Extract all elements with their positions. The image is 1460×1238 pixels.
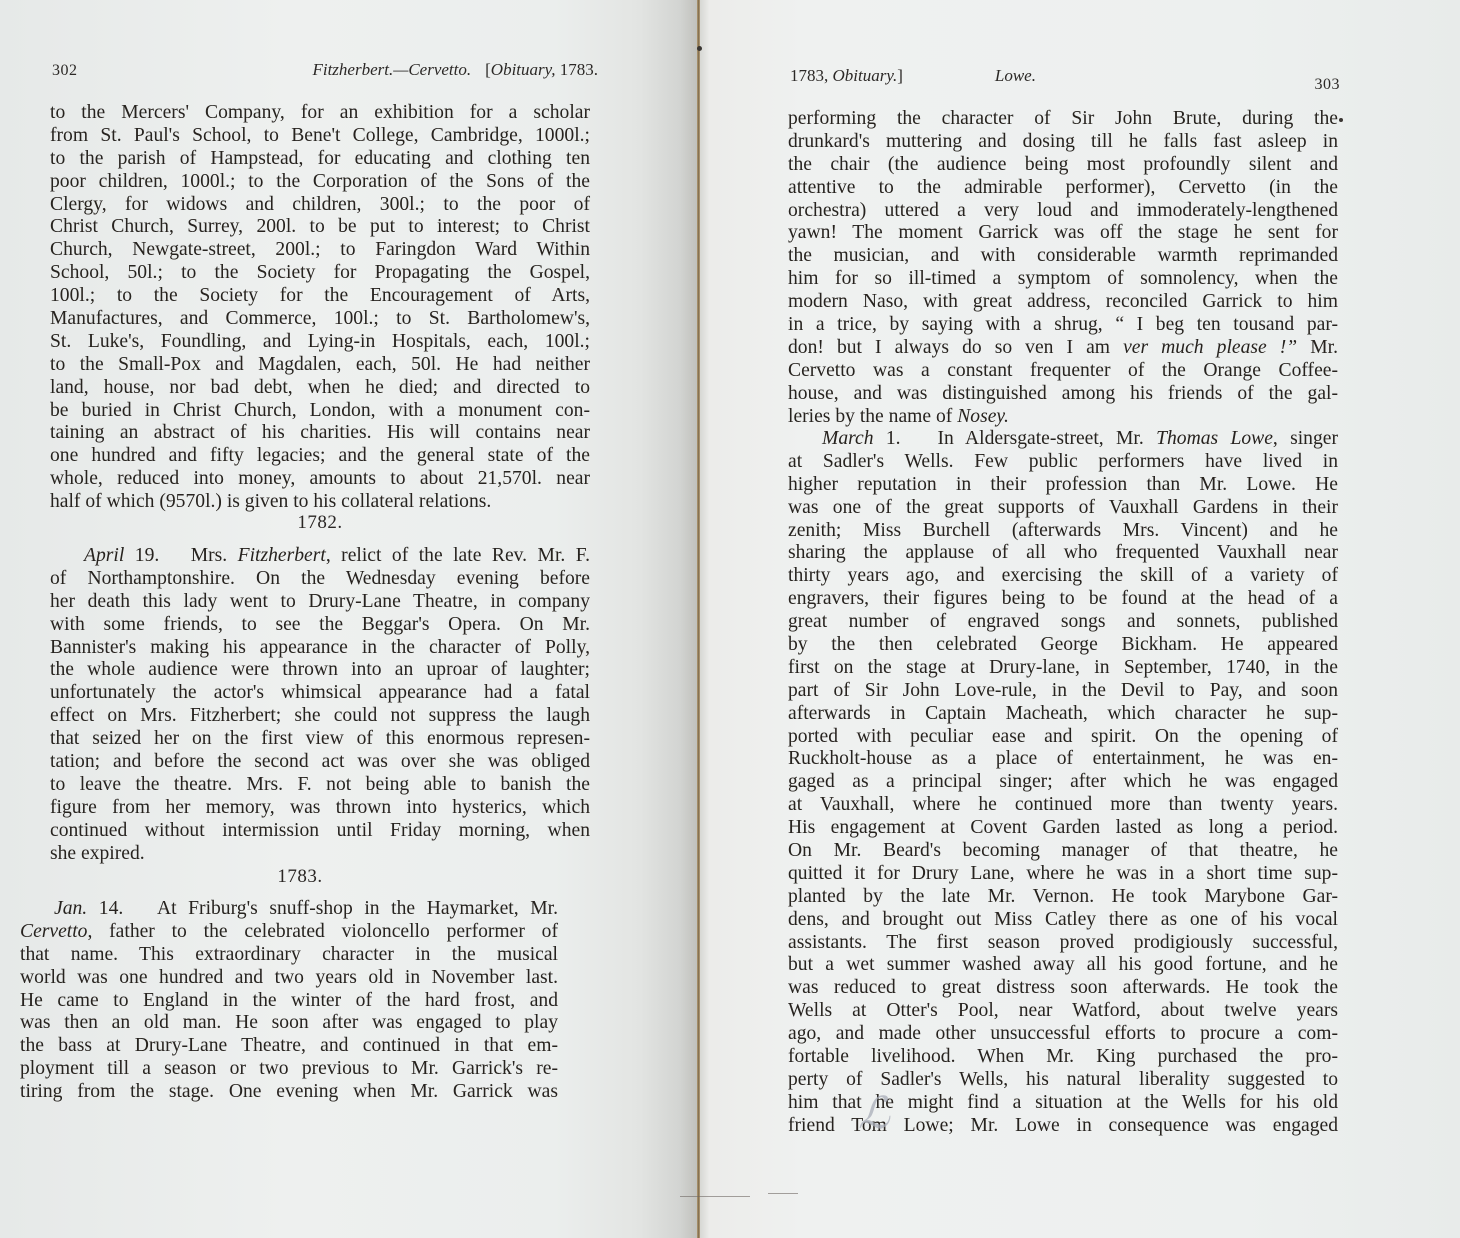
text-line: figure from her memory, was thrown into … [50, 797, 590, 820]
text-line: assistants. The first season proved prod… [788, 932, 1338, 955]
right-block-cervetto-cont: performing the character of Sir John Bru… [788, 108, 1338, 428]
text-line: to the Small-Pox and Magdalen, each, 50l… [50, 354, 590, 377]
page-number: 303 [1315, 76, 1341, 94]
year-heading-1783: 1783. [20, 866, 580, 888]
nickname: Nosey. [957, 406, 1009, 427]
text-line: Christ Church, Surrey, 200l. to be put t… [50, 216, 590, 239]
text-line: His engagement at Covent Garden lasted a… [788, 817, 1338, 840]
text-line: tation; and before the second act was ov… [50, 751, 590, 774]
entry-first-line: March 1. In Aldersgate-street, Mr. Thoma… [788, 428, 1338, 451]
entry-name: Cervetto [20, 921, 87, 942]
text-line: continued without intermission until Fri… [50, 820, 590, 843]
quote-line: don! but I always do so ven I am ver muc… [788, 337, 1338, 360]
text-line: yawn! The moment Garrick was off the sta… [788, 222, 1338, 245]
text-line: Bannister's making his appearance in the… [50, 637, 590, 660]
text-line: thirty years ago, and exercising the ski… [788, 565, 1338, 588]
text-line: modern Naso, with great address, reconci… [788, 291, 1338, 314]
text-line: was then an old man. He soon after was e… [20, 1012, 558, 1035]
text-line: at Vauxhall, where he continued more tha… [788, 794, 1338, 817]
text-line: she expired. [50, 843, 590, 866]
entry-name: Thomas Lowe [1156, 428, 1273, 449]
book-spread: 302 Fitzherbert.—Cervetto. [Obituary, 17… [0, 0, 1460, 1238]
text-line: to the Mercers' Company, for an exhibiti… [50, 102, 590, 125]
entry-cervetto: Jan. 14. At Friburg's snuff-shop in the … [20, 898, 558, 1104]
text-line: that name. This extraordinary character … [20, 944, 558, 967]
text-line: from St. Paul's School, to Bene't Colleg… [50, 125, 590, 148]
left-block-bequests: to the Mercers' Company, for an exhibiti… [50, 102, 590, 514]
year-heading-1782: 1782. [50, 512, 590, 534]
text-line: attentive to the admirable performer), C… [788, 177, 1338, 200]
text-line: engravers, their figures being to be fou… [788, 588, 1338, 611]
text-line: fortable livelihood. When Mr. King purch… [788, 1046, 1338, 1069]
entry-first-line: Jan. 14. At Friburg's snuff-shop in the … [20, 898, 558, 921]
text-line: Wells at Otter's Pool, near Watford, abo… [788, 1000, 1338, 1023]
text-line: performing the character of Sir John Bru… [788, 108, 1338, 131]
text-line: house, and was distinguished among his f… [788, 383, 1338, 406]
text-line: first on the stage at Drury-lane, in Sep… [788, 657, 1338, 680]
entry-name: Fitzherbert [238, 545, 326, 566]
text-line: zenith; Miss Burchell (afterwards Mrs. V… [788, 520, 1338, 543]
right-page: 1783, Obituary.] Lowe. 303 performing th… [700, 0, 1460, 1238]
entry-date: Jan. [54, 898, 87, 919]
text-line: On Mr. Beard's becoming manager of that … [788, 840, 1338, 863]
text-line: ago, and made other unsuccessful efforts… [788, 1023, 1338, 1046]
left-running-head: 302 Fitzherbert.—Cervetto. [Obituary, 17… [52, 60, 598, 80]
text-line: by the then celebrated George Bickham. H… [788, 634, 1338, 657]
text-line: Manufactures, and Commerce, 100l.; to St… [50, 308, 590, 331]
running-title: Fitzherbert.—Cervetto. [312, 60, 471, 79]
entry-fitzherbert: April 19. Mrs. Fitzherbert, relict of th… [50, 545, 590, 865]
text-line: He came to England in the winter of the … [20, 990, 558, 1013]
pencil-mark [768, 1193, 798, 1194]
text-line: dens, and brought out Miss Catley there … [788, 909, 1338, 932]
binding-hole [697, 46, 702, 51]
text-line: orchestra) uttered a very loud and immod… [788, 200, 1338, 223]
text-line: the chair (the audience being most profo… [788, 154, 1338, 177]
text-line: 100l.; to the Society for the Encouragem… [50, 285, 590, 308]
text-line: the musician, and with considerable warm… [788, 245, 1338, 268]
entry-first-line: April 19. Mrs. Fitzherbert, relict of th… [50, 545, 590, 568]
entry-date: April [84, 545, 124, 566]
ink-spot [1339, 118, 1343, 122]
page-number: 302 [52, 62, 78, 80]
text-line: higher reputation in their profession th… [788, 474, 1338, 497]
library-stamp-icon: ℒ [858, 1088, 908, 1132]
right-running-head: 1783, Obituary.] Lowe. 303 [790, 66, 1340, 86]
text-line: the whole audience were thrown into an u… [50, 659, 590, 682]
entry-date: March [822, 428, 874, 449]
text-line: taining an abstract of his charities. Hi… [50, 422, 590, 445]
text-line: tiring from the stage. One evening when … [20, 1081, 558, 1104]
text-line: with some friends, to see the Beggar's O… [50, 614, 590, 637]
text-line: at Sadler's Wells. Few public performers… [788, 451, 1338, 474]
text-line: was reduced to great distress soon after… [788, 977, 1338, 1000]
text-line: be buried in Christ Church, London, with… [50, 400, 590, 423]
text-line: ported with peculiar ease and spirit. On… [788, 726, 1338, 749]
text-line: unfortunately the actor's whimsical appe… [50, 682, 590, 705]
text-line: great number of engraved songs and sonne… [788, 611, 1338, 634]
nickname-line: leries by the name of Nosey. [788, 406, 1338, 429]
text-line: Clergy, for widows and children, 300l.; … [50, 194, 590, 217]
text-line: planted by the late Mr. Vernon. He took … [788, 886, 1338, 909]
text-line: world was one hundred and two years old … [20, 967, 558, 990]
text-line: sharing the applause of all who frequent… [788, 542, 1338, 565]
text-line: poor children, 1000l.; to the Corporatio… [50, 171, 590, 194]
text-line: the bass at Drury-Lane Theatre, and cont… [20, 1035, 558, 1058]
running-title: Lowe. [995, 66, 1036, 85]
text-line: in a trice, by saying with a shrug, “ I … [788, 314, 1338, 337]
running-section: 1783, Obituary.] [790, 66, 903, 86]
text-line: effect on Mrs. Fitzherbert; she could no… [50, 705, 590, 728]
text-line: him for so ill-timed a symptom of somnol… [788, 268, 1338, 291]
running-section: [Obituary, 1783. [485, 60, 598, 80]
text-line: to leave the theatre. Mrs. F. not being … [50, 774, 590, 797]
text-line: Church, Newgate-street, 200l.; to Faring… [50, 239, 590, 262]
text-line: School, 50l.; to the Society for Propaga… [50, 262, 590, 285]
text-line: but a wet summer washed away all his goo… [788, 954, 1338, 977]
text-line: St. Luke's, Foundling, and Lying-in Hosp… [50, 331, 590, 354]
text-line: Cervetto was a constant frequenter of th… [788, 360, 1338, 383]
text-line: drunkard's muttering and dosing till he … [788, 131, 1338, 154]
text-line: one hundred and fifty legacies; and the … [50, 445, 590, 468]
text-line: whole, reduced into money, amounts to ab… [50, 468, 590, 491]
text-line: ployment till a season or two previous t… [20, 1058, 558, 1081]
text-line: that seized her on the first view of thi… [50, 728, 590, 751]
entry-second-line: Cervetto, father to the celebrated violo… [20, 921, 558, 944]
text-line: to the parish of Hampstead, for educatin… [50, 148, 590, 171]
text-line: her death this lady went to Drury-Lane T… [50, 591, 590, 614]
left-page: 302 Fitzherbert.—Cervetto. [Obituary, 17… [0, 0, 697, 1238]
text-line: land, house, nor bad debt, when he died;… [50, 377, 590, 400]
text-line: quitted it for Drury Lane, where he was … [788, 863, 1338, 886]
text-line: gaged as a principal singer; after which… [788, 771, 1338, 794]
text-line: half of which (9570l.) is given to his c… [50, 491, 590, 514]
text-line: part of Sir John Love-rule, in the Devil… [788, 680, 1338, 703]
pencil-mark [680, 1196, 750, 1197]
text-line: afterwards in Captain Macheath, which ch… [788, 703, 1338, 726]
text-line: was one of the great supports of Vauxhal… [788, 497, 1338, 520]
text-line: Ruckholt-house as a place of entertainme… [788, 748, 1338, 771]
text-line: of Northamptonshire. On the Wednesday ev… [50, 568, 590, 591]
entry-thomas-lowe: March 1. In Aldersgate-street, Mr. Thoma… [788, 428, 1338, 1138]
